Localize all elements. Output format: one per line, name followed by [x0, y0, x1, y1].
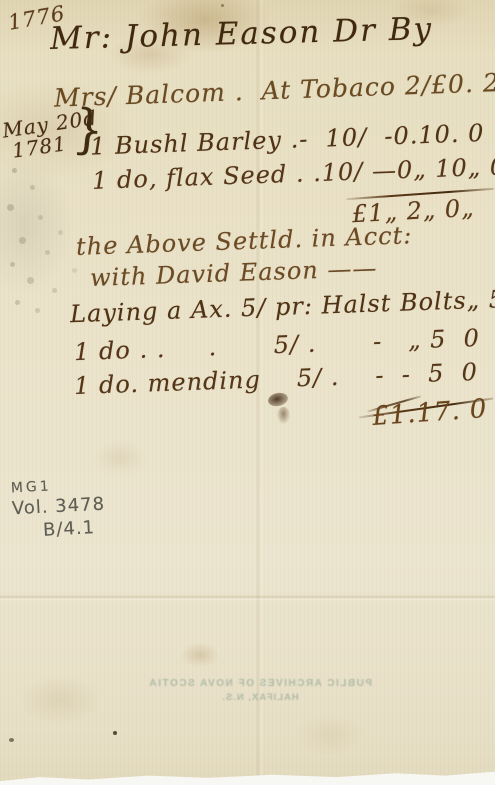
- stamp-line1: PUBLIC ARCHIVES OF NOVA SCOTIA: [130, 678, 390, 689]
- entry-price: 5/ .: [273, 330, 317, 359]
- ledger-entry-barley: 1 Bushl Barley . - 10/ - 0.10. 0: [90, 119, 473, 160]
- entry-amount: - - 5 0: [375, 358, 478, 390]
- ledger-entry-laying-ax: Laying a Ax. 5/ pr: Halst Bolts „ 5 0: [70, 286, 487, 329]
- entry-price: - 10/ -: [299, 122, 394, 153]
- entry-desc: 1 Bushl Barley .: [90, 125, 300, 160]
- ledger-entry-flaxseed: 1 do, flax Seed . . 10/ — 0„ 10„ 0„: [92, 153, 485, 195]
- entry-amount: 0„ 10„ 0„: [396, 152, 495, 184]
- entry-desc: 1 do . . .: [74, 333, 218, 366]
- scanned-paper-sheet: 1776 Mr: John Eason Dr By Mrs/ Balcom . …: [0, 0, 495, 785]
- entry-price: 5/ .: [296, 363, 340, 392]
- entry-amount: 0.10. 0: [393, 119, 485, 150]
- archive-stamp-bleedthrough: PUBLIC ARCHIVES OF NOVA SCOTIA HALIFAX, …: [130, 678, 390, 703]
- dark-speck: [9, 738, 14, 742]
- archive-item: B/4.1: [43, 517, 107, 541]
- stamp-line2: HALIFAX, N.S.: [130, 692, 390, 703]
- account-line: Mrs/ Balcom . At Tobaco 2/ £0. 2 0: [54, 68, 493, 112]
- entry-amount: „ 5 0: [466, 284, 495, 314]
- settlement-note-line2: with David Eason ——: [90, 254, 378, 292]
- dark-speck: [113, 731, 117, 735]
- document-heading: Mr: John Eason Dr By: [50, 11, 434, 57]
- entry-amount: - „ 5 0: [373, 324, 481, 356]
- ink-blot-smear: [277, 407, 290, 424]
- entry-desc: 1 do. mending: [74, 366, 262, 401]
- ink-blot: [267, 391, 289, 408]
- mould-speckles: [12, 168, 17, 173]
- entry-desc: 1 do, flax Seed . .: [92, 159, 323, 195]
- archive-volume: Vol. 3478: [11, 494, 105, 520]
- entry-price: 10/ —: [321, 156, 397, 187]
- account-desc: Mrs/ Balcom . At Tobaco 2/: [54, 70, 432, 112]
- dark-speck: [221, 4, 224, 7]
- account-amount: £0. 2 0: [431, 67, 495, 99]
- archive-reference-pencil: MG1 Vol. 3478 B/4.1: [10, 476, 106, 543]
- entry-desc: Laying a Ax. 5/ pr: Halst Bolts: [70, 286, 468, 328]
- total-amount: £1.17. 0: [371, 394, 488, 432]
